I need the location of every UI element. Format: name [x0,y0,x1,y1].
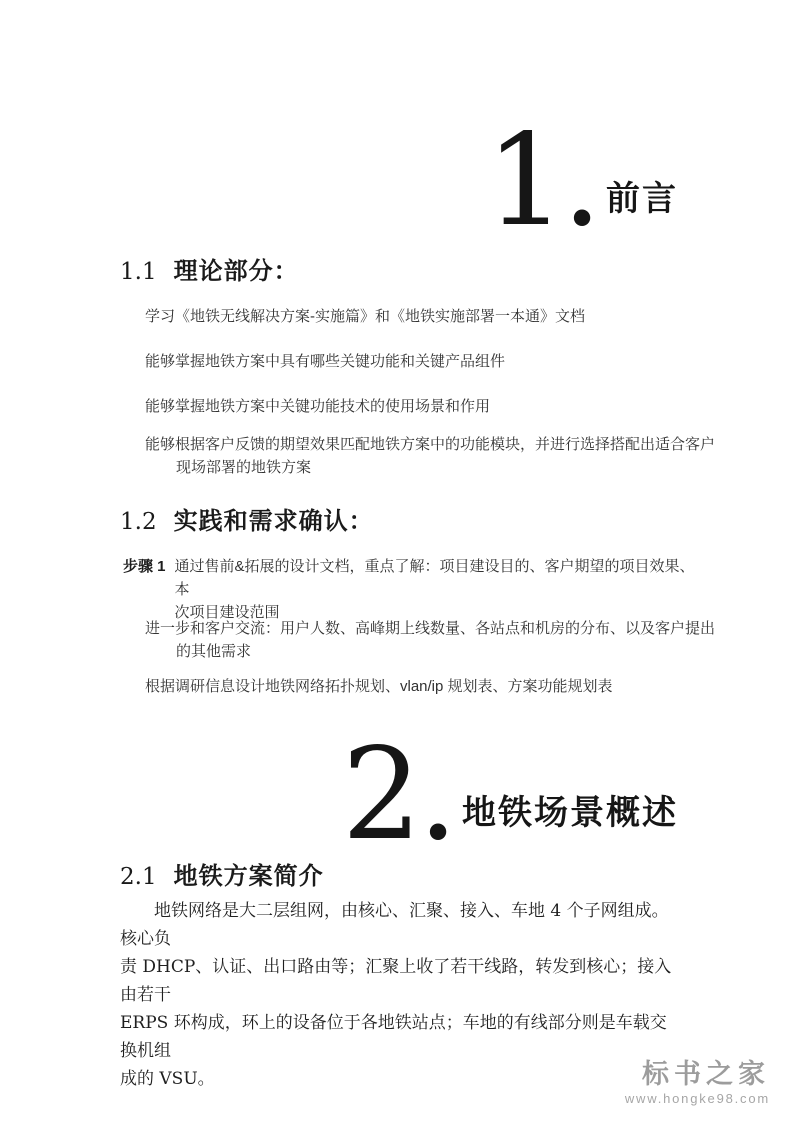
practice-point: 根据调研信息设计地铁网络拓扑规划、vlan/ip 规划表、方案功能规划表 [145,675,754,698]
step-1-text: 通过售前&拓展的设计文档，重点了解：项目建设目的、客户期望的项目效果、本 次项目… [175,555,705,624]
theory-point: 学习《地铁无线解决方案-实施篇》和《地铁实施部署一本通》文档 [145,305,754,328]
step-1-label: 步骤 1 [123,555,166,578]
section-1-1-number: 1.1 [120,259,157,285]
section-2-1-heading: 2.1地铁方案简介 [120,856,324,891]
section-1-2-title: 实践和需求确认： [174,506,374,535]
section-1-2-heading: 1.2实践和需求确认： [120,501,374,536]
chapter-1-heading: 1. 前言 [486,132,678,230]
theory-point: 能够根据客户反馈的期望效果匹配地铁方案中的功能模块，并进行选择搭配出适合客户 现… [145,433,754,479]
document-page: 1. 前言 1.1理论部分： 学习《地铁无线解决方案-实施篇》和《地铁实施部署一… [0,0,793,1122]
chapter-2-heading: 2. 地铁场景概述 [342,746,678,844]
metro-solution-paragraph: 地铁网络是大二层组网，由核心、汇聚、接入、车地 4 个子网组成。核心负 责 DH… [120,897,682,1093]
section-2-1-title: 地铁方案简介 [174,861,324,890]
watermark-brand: 标书之家 [625,1060,770,1090]
chapter-1-title: 前言 [606,171,678,220]
watermark: 标书之家 www.hongke98.com [625,1060,770,1106]
chapter-1-number: 1. [486,132,598,230]
chapter-2-title: 地铁场景概述 [462,785,678,834]
theory-point: 能够掌握地铁方案中关键功能技术的使用场景和作用 [145,395,754,418]
section-2-1-number: 2.1 [120,864,157,890]
section-1-1-heading: 1.1理论部分： [120,251,299,286]
section-1-1-title: 理论部分： [174,256,299,285]
practice-point: 进一步和客户交流：用户人数、高峰期上线数量、各站点和机房的分布、以及客户提出 的… [145,617,754,663]
theory-point: 能够掌握地铁方案中具有哪些关键功能和关键产品组件 [145,350,754,373]
step-1-row: 步骤 1 通过售前&拓展的设计文档，重点了解：项目建设目的、客户期望的项目效果、… [123,555,705,624]
chapter-2-number: 2. [342,746,454,844]
section-1-2-number: 1.2 [120,509,157,535]
watermark-url: www.hongke98.com [625,1091,770,1106]
